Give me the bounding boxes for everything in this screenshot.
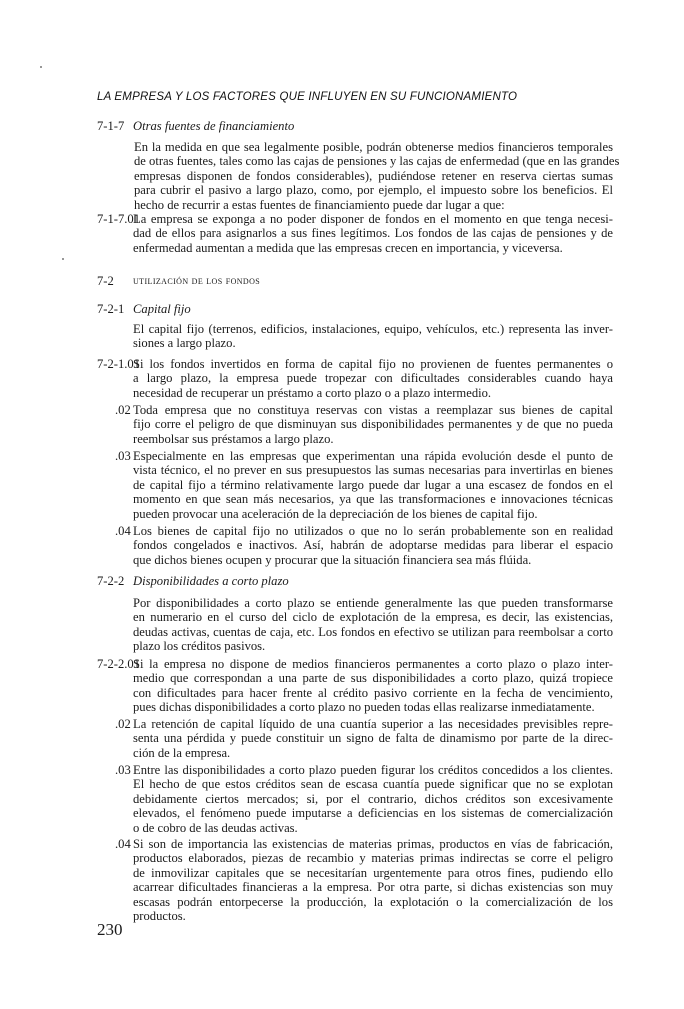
text-line: Por disponibilidades a corto plazo se en… — [133, 596, 613, 610]
item-text: Entre las disponibilidades a corto plazo… — [133, 763, 613, 835]
text-line: medio que correspondan a una parte de su… — [133, 671, 613, 685]
item-text: Si la empresa no dispone de medios finan… — [133, 657, 613, 715]
scan-speck — [40, 66, 42, 68]
text-line: momento en que sean más necesarios, ya q… — [133, 492, 613, 506]
text-line: hecho de recurrir a estas fuentes de fin… — [134, 198, 613, 212]
text-line: empresas disponen de fondos considerable… — [134, 169, 613, 183]
text-line: Especialmente en las empresas que experi… — [133, 449, 613, 463]
paragraph: El capital fijo (terrenos, edificios, in… — [133, 322, 613, 351]
section-title: Capital fijo — [133, 302, 191, 317]
text-line: La empresa se exponga a no poder dispone… — [133, 212, 613, 226]
text-line: dad de ellos para asignarlos a sus fines… — [133, 226, 613, 240]
text-line: pueden provocar una aceleración de la de… — [133, 507, 613, 521]
text-line: con dificultades para hacer frente al cr… — [133, 686, 613, 700]
item-number: .04 — [115, 524, 131, 538]
text-line: productos elaborados, piezas de recambio… — [133, 851, 613, 865]
text-line: Si son de importancia las existencias de… — [133, 837, 613, 851]
running-head: LA EMPRESA Y LOS FACTORES QUE INFLUYEN E… — [97, 91, 517, 103]
section-number: 7-2-2 — [97, 574, 124, 589]
text-line: enfermedad aumentan a medida que las emp… — [133, 241, 613, 255]
text-line: reembolsar sus préstamos a largo plazo. — [133, 432, 613, 446]
section-number: 7-2 — [97, 274, 114, 289]
text-line: para cubrir el pasivo a largo plazo, com… — [134, 183, 613, 197]
text-line: En la medida en que sea legalmente posib… — [134, 140, 613, 154]
text-line: escasas podrán entorpecerse la producció… — [133, 895, 613, 909]
paragraph: Por disponibilidades a corto plazo se en… — [133, 596, 613, 654]
item-text: Toda empresa que no constituya reservas … — [133, 403, 613, 446]
text-line: La retención de capital líquido de una c… — [133, 717, 613, 731]
text-line: siones a largo plazo. — [133, 336, 613, 350]
scan-speck — [62, 258, 64, 260]
section-number: 7-1-7 — [97, 119, 124, 134]
section-number: 7-2-1 — [97, 302, 124, 317]
text-line: en numerario en el curso del ciclo de ex… — [133, 610, 613, 624]
section-title: Disponibilidades a corto plazo — [133, 574, 289, 589]
text-line: Los bienes de capital fijo no utilizados… — [133, 524, 613, 538]
text-line: fondos congelados e inactivos. Así, habr… — [133, 538, 613, 552]
section-title: Otras fuentes de financiamiento — [133, 119, 294, 134]
section-title: utilización de los fondos — [133, 274, 260, 289]
text-line: fijo corre el peligro de que disminuyan … — [133, 417, 613, 431]
item-text: La empresa se exponga a no poder dispone… — [133, 212, 613, 255]
text-line: senta una pérdida y puede constituir un … — [133, 731, 613, 745]
text-line: que dichos bienes ocupen y procurar que … — [133, 553, 613, 567]
text-line: El capital fijo (terrenos, edificios, in… — [133, 322, 613, 336]
text-line: debidamente ciertos mercados; si, por el… — [133, 792, 613, 806]
paragraph: En la medida en que sea legalmente posib… — [134, 140, 613, 212]
text-line: vista técnico, el no prever en sus presu… — [133, 463, 613, 477]
text-line: necesidad de recuperar un préstamo a cor… — [133, 386, 613, 400]
item-number: .04 — [115, 837, 131, 851]
text-line: elevados, el fenómeno puede imputarse a … — [133, 806, 613, 820]
text-line: El hecho de que estos créditos sean de e… — [133, 777, 613, 791]
item-number: .03 — [115, 763, 131, 777]
text-line: Toda empresa que no constituya reservas … — [133, 403, 613, 417]
text-line: o de cobro de las deudas activas. — [133, 821, 613, 835]
item-number: .02 — [115, 403, 131, 417]
text-line: de capital fijo a término relativamente … — [133, 478, 613, 492]
page-number: 230 — [97, 920, 123, 940]
text-line: Si la empresa no dispone de medios finan… — [133, 657, 613, 671]
text-line: de otras fuentes, tales como las cajas d… — [134, 154, 613, 168]
text-line: ción de la empresa. — [133, 746, 613, 760]
text-line: productos. — [133, 909, 613, 923]
item-number: .02 — [115, 717, 131, 731]
text-line: plazo los créditos pasivos. — [133, 639, 613, 653]
text-line: de inmovilizar capitales que se necesita… — [133, 866, 613, 880]
text-line: Si los fondos invertidos en forma de cap… — [133, 357, 613, 371]
item-text: Si los fondos invertidos en forma de cap… — [133, 357, 613, 400]
text-line: a largo plazo, la empresa puede tropezar… — [133, 371, 613, 385]
item-text: Si son de importancia las existencias de… — [133, 837, 613, 923]
text-line: pues dichas disponibilidades a corto pla… — [133, 700, 613, 714]
document-page: LA EMPRESA Y LOS FACTORES QUE INFLUYEN E… — [0, 0, 684, 1009]
item-number: .03 — [115, 449, 131, 463]
item-text: Los bienes de capital fijo no utilizados… — [133, 524, 613, 567]
text-line: acarrear dificultades financieras a la e… — [133, 880, 613, 894]
text-line: deudas activas, cuentas de caja, etc. Lo… — [133, 625, 613, 639]
item-text: La retención de capital líquido de una c… — [133, 717, 613, 760]
text-line: Entre las disponibilidades a corto plazo… — [133, 763, 613, 777]
item-text: Especialmente en las empresas que experi… — [133, 449, 613, 521]
